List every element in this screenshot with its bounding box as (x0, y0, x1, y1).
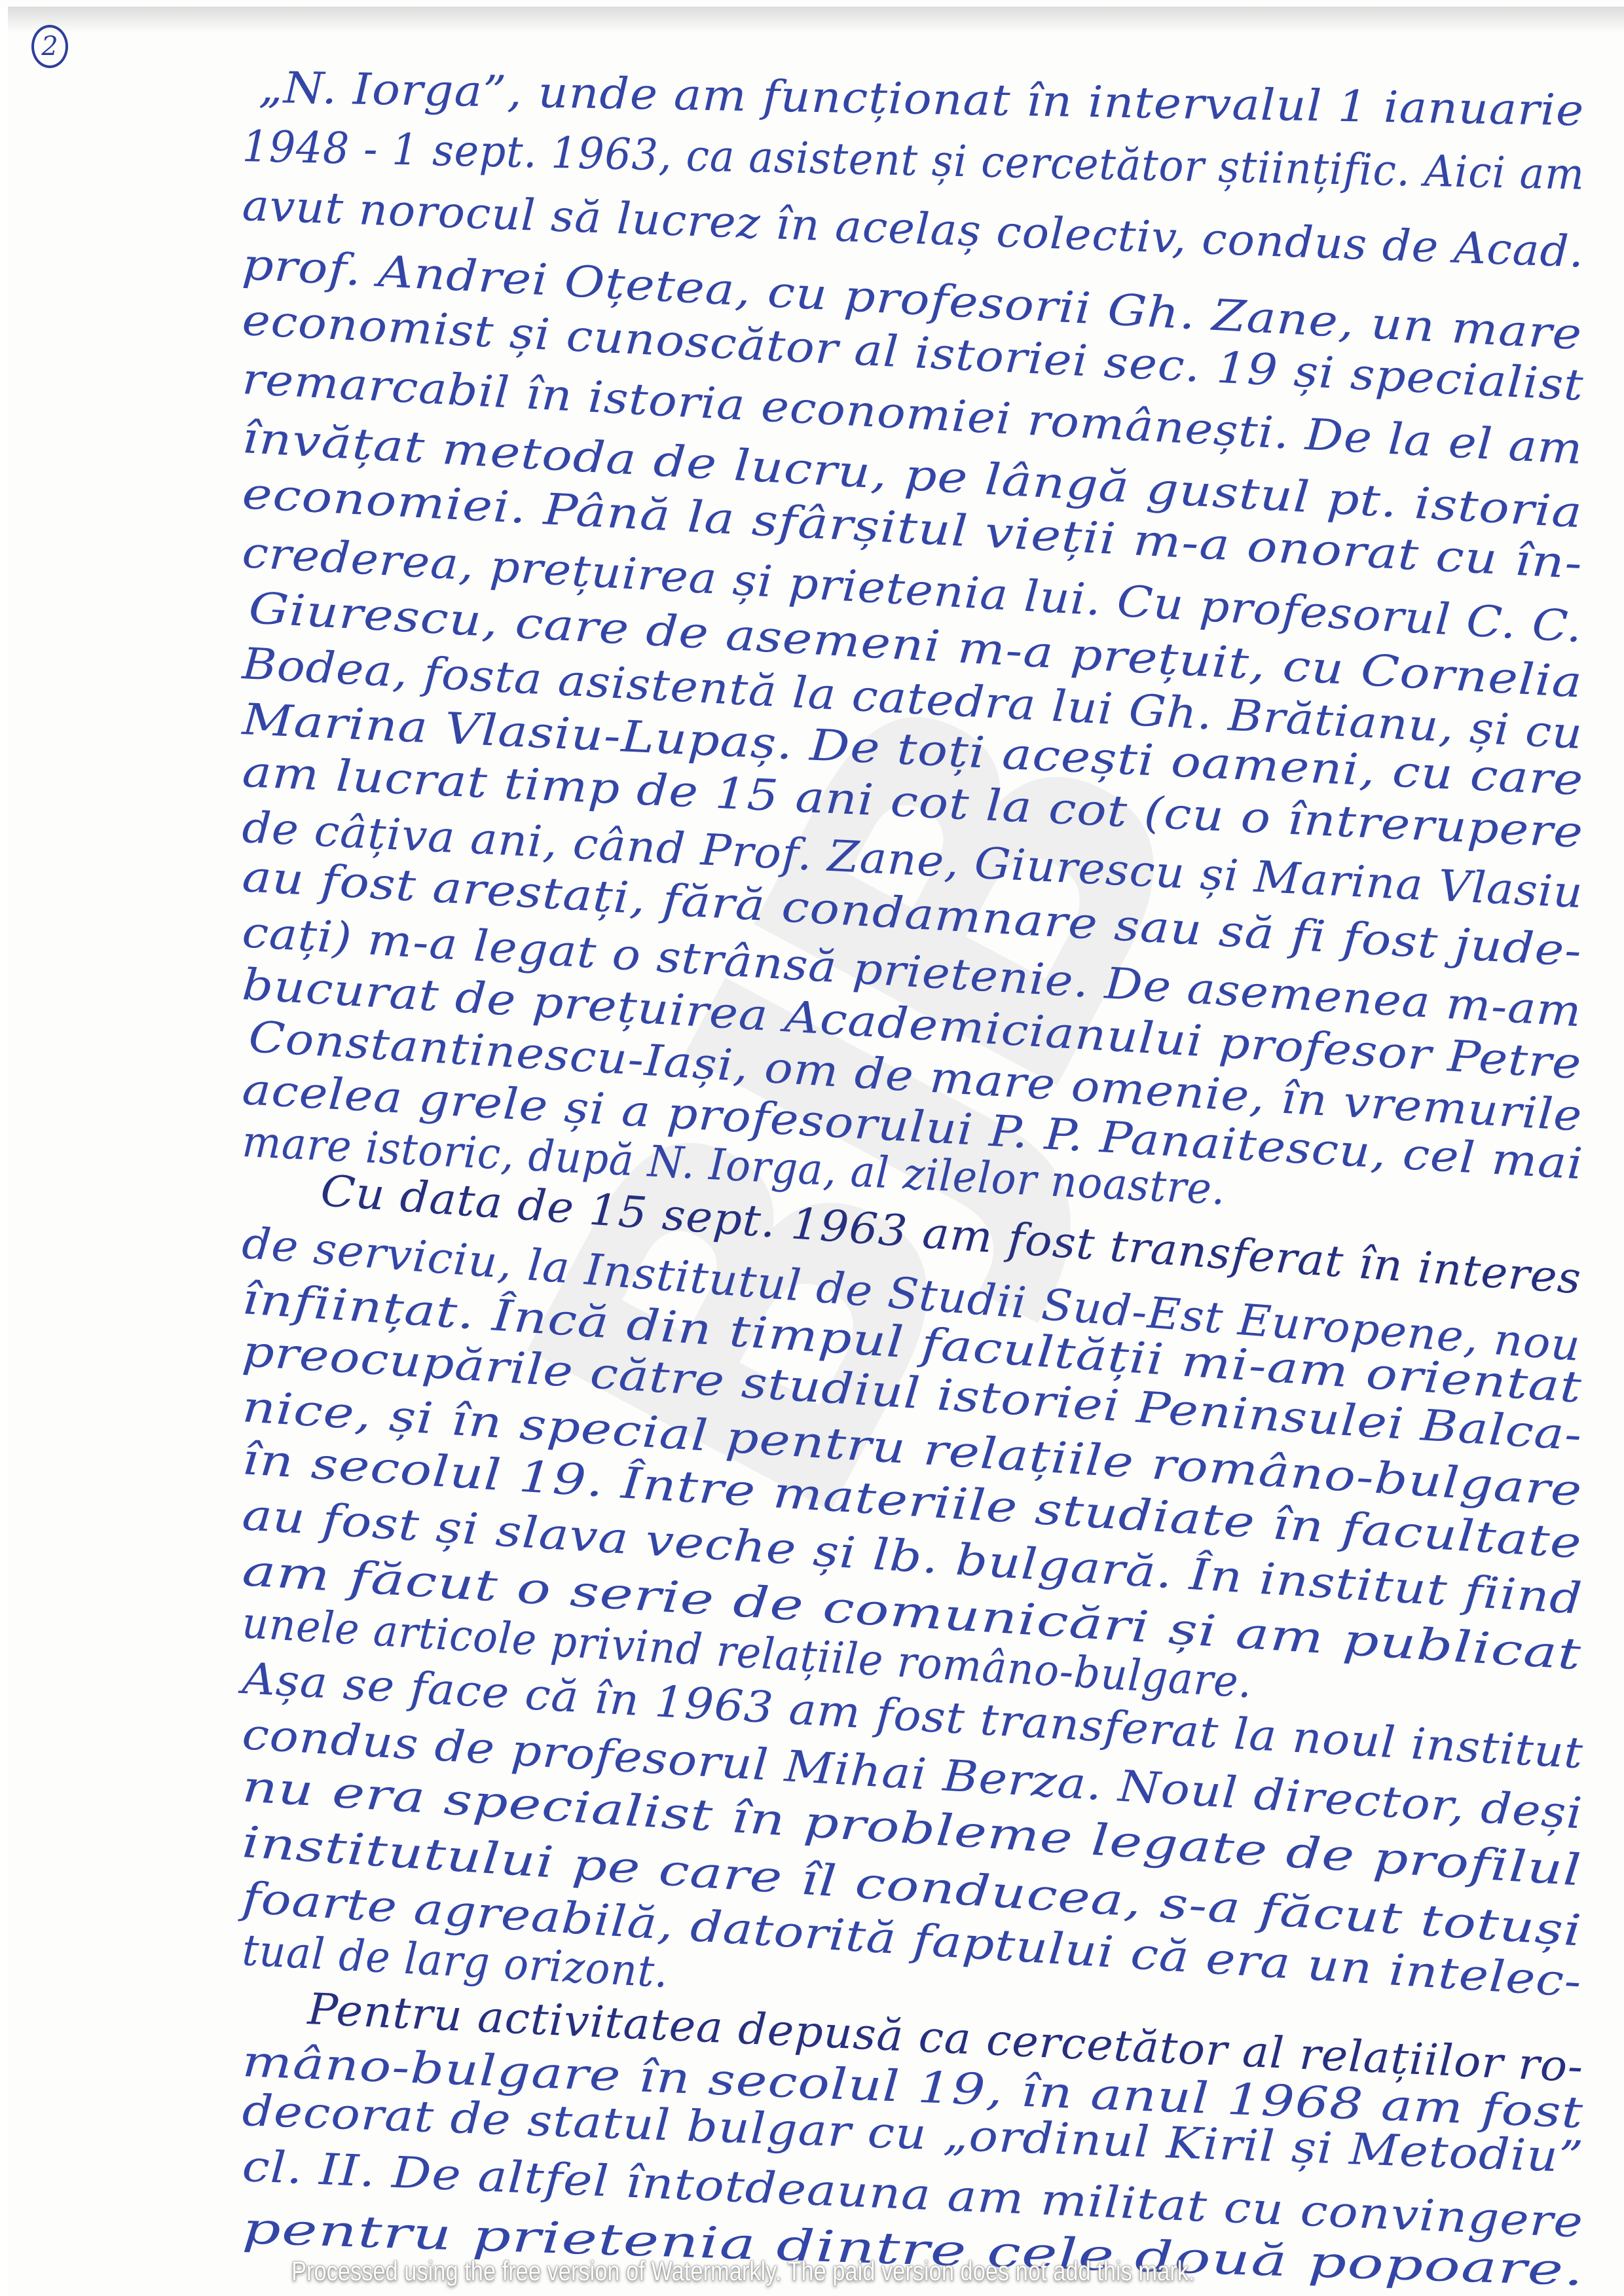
watermarkly-notice: Processed using the free version of Wate… (291, 2255, 1195, 2287)
page-number-badge: 2 (31, 25, 68, 68)
scan-shadow (8, 7, 1624, 33)
page-edge (0, 7, 8, 2296)
scanned-page: BJB 2 „N. Iorga”, unde am funcționat în … (0, 0, 1624, 2296)
text-line: „N. Iorga”, unde am funcționat în interv… (258, 62, 1585, 136)
